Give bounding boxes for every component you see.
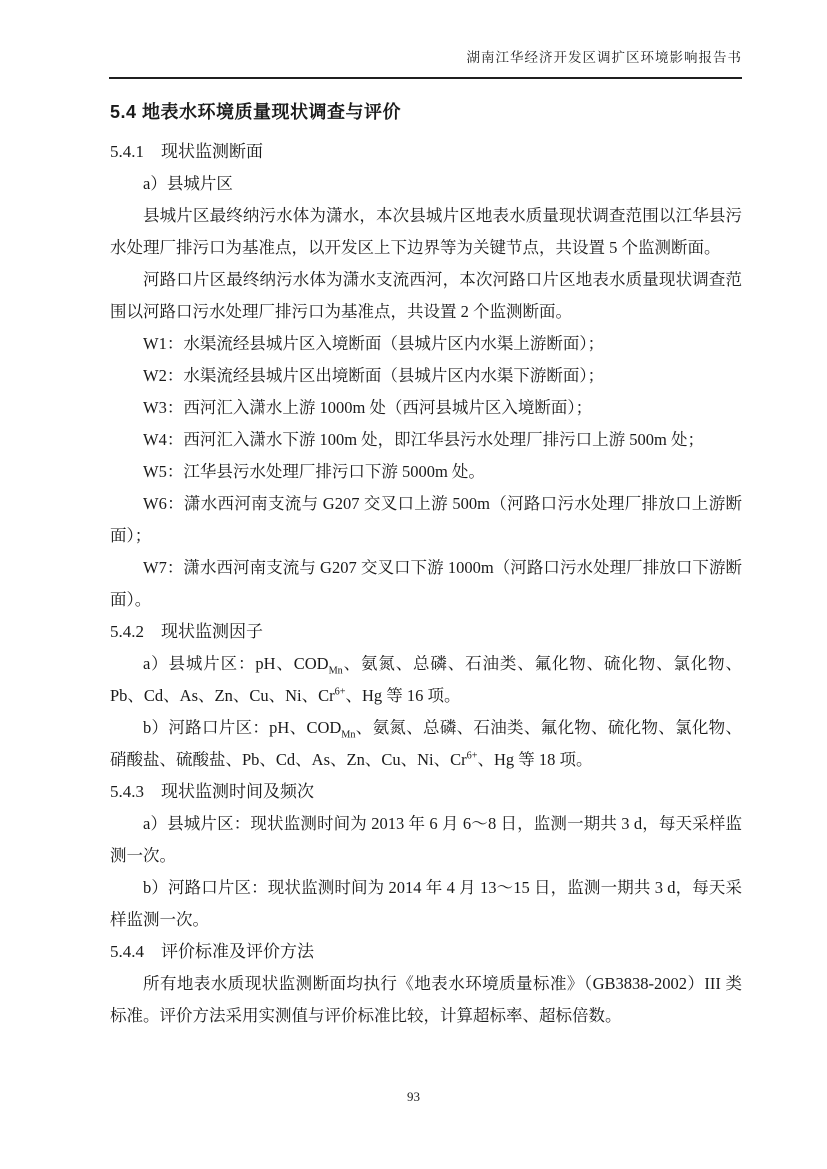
station-item-w5: W5：江华县污水处理厂排污口下游 5000m 处。 — [110, 456, 742, 488]
paragraph-monitor-time-county: a）县城片区：现状监测时间为 2013 年 6 月 6～8 日，监测一期共 3 … — [110, 808, 742, 872]
station-item-w1: W1：水渠流经县城片区入境断面（县城片区内水渠上游断面）； — [110, 328, 742, 360]
station-item-w3: W3：西河汇入潇水上游 1000m 处（西河县城片区入境断面）； — [110, 392, 742, 424]
factors-helukou-text-3: 、Hg 等 18 项。 — [477, 750, 592, 769]
paragraph-factors-helukou: b）河路口片区：pH、CODMn、氨氮、总磷、石油类、氟化物、硫化物、氯化物、硝… — [110, 712, 742, 776]
running-header-title: 湖南江华经济开发区调扩区环境影响报告书 — [110, 48, 742, 68]
paragraph-helukou-area: 河路口片区最终纳污水体为潇水支流西河，本次河路口片区地表水质量现状调查范围以河路… — [110, 264, 742, 328]
factors-county-text-3: 、Hg 等 16 项。 — [345, 686, 460, 705]
paragraph-item-a-label: a）县城片区 — [110, 168, 742, 200]
subsection-heading-5-4-4: 5.4.4 评价标准及评价方法 — [110, 936, 742, 968]
cod-mn-subscript: Mn — [341, 729, 355, 740]
factors-helukou-text-1: b）河路口片区：pH、COD — [143, 718, 341, 737]
factors-county-text-1: a）县城片区：pH、COD — [143, 654, 329, 673]
station-item-w4: W4：西河汇入潇水下游 100m 处，即江华县污水处理厂排污口上游 500m 处… — [110, 424, 742, 456]
station-item-w7: W7：潇水西河南支流与 G207 交叉口下游 1000m（河路口污水处理厂排放口… — [110, 552, 742, 616]
document-page: 湖南江华经济开发区调扩区环境影响报告书 5.4 地表水环境质量现状调查与评价 5… — [0, 0, 827, 1169]
subsection-heading-5-4-3: 5.4.3 现状监测时间及频次 — [110, 776, 742, 808]
page-number: 93 — [0, 1088, 827, 1106]
subsection-heading-5-4-1: 5.4.1 现状监测断面 — [110, 136, 742, 168]
station-item-w6: W6：潇水西河南支流与 G207 交叉口上游 500m（河路口污水处理厂排放口上… — [110, 488, 742, 552]
paragraph-monitor-time-helukou: b）河路口片区：现状监测时间为 2014 年 4 月 13～15 日，监测一期共… — [110, 872, 742, 936]
cr6-superscript: 6+ — [467, 751, 478, 762]
cod-mn-subscript: Mn — [329, 665, 343, 676]
paragraph-county-area: 县城片区最终纳污水体为潇水，本次县城片区地表水质量现状调查范围以江华县污水处理厂… — [110, 200, 742, 264]
section-heading-5-4: 5.4 地表水环境质量现状调查与评价 — [110, 96, 742, 128]
cr6-superscript: 6+ — [335, 687, 346, 698]
header-divider-line — [109, 77, 742, 79]
subsection-heading-5-4-2: 5.4.2 现状监测因子 — [110, 616, 742, 648]
station-item-w2: W2：水渠流经县城片区出境断面（县城片区内水渠下游断面）； — [110, 360, 742, 392]
paragraph-evaluation-standard: 所有地表水质现状监测断面均执行《地表水环境质量标准》（GB3838-2002）I… — [110, 968, 742, 1032]
document-body: 5.4 地表水环境质量现状调查与评价 5.4.1 现状监测断面 a）县城片区 县… — [110, 96, 742, 1032]
paragraph-factors-county: a）县城片区：pH、CODMn、氨氮、总磷、石油类、氟化物、硫化物、氯化物、Pb… — [110, 648, 742, 712]
